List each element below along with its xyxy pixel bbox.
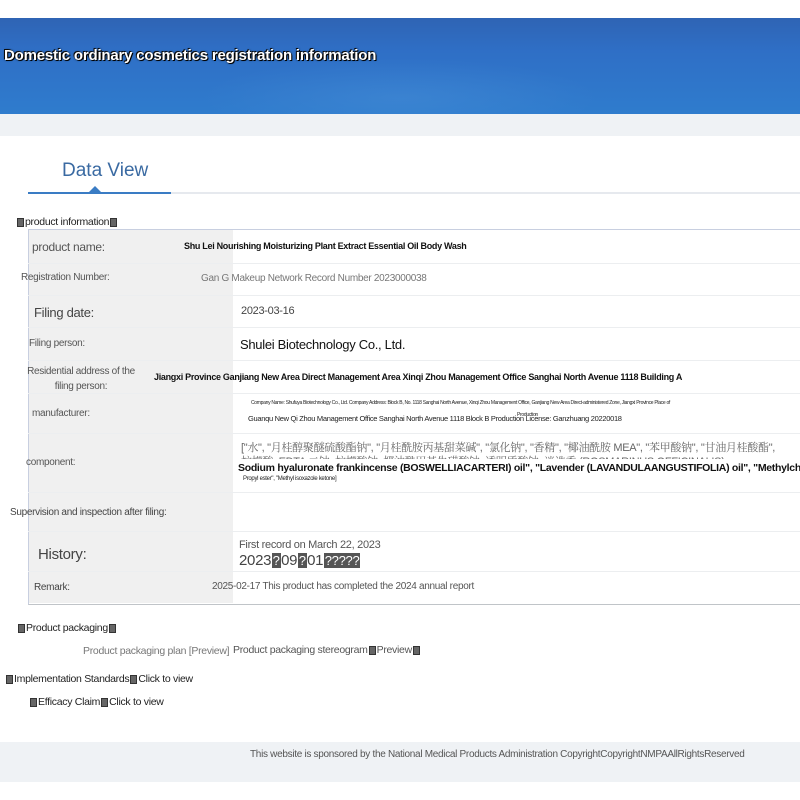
bracket-left-icon — [18, 624, 25, 633]
filing-person-value: Shulei Biotechnology Co., Ltd. — [240, 337, 405, 352]
footer: This website is sponsored by the Nationa… — [0, 742, 800, 782]
product-name-value: Shu Lei Nourishing Moisturizing Plant Ex… — [184, 241, 467, 251]
row-divider — [28, 393, 800, 394]
section-product-information: product information — [16, 216, 118, 228]
implementation-standards: Implementation StandardsClick to view — [5, 673, 193, 685]
row-divider — [28, 433, 800, 434]
section-product-packaging: Product packaging — [17, 622, 117, 634]
history-day: 01 — [307, 552, 323, 569]
row-divider — [28, 327, 800, 328]
history-month: 09 — [281, 552, 297, 569]
standards-click-to-view-link[interactable]: Click to view — [138, 673, 192, 685]
bracket-left-icon — [30, 698, 37, 707]
row-divider — [28, 360, 800, 361]
row-divider — [28, 295, 800, 296]
history-label: History: — [38, 546, 86, 563]
residential-address-label-line1: Residential address of the — [26, 364, 136, 379]
tab-active-indicator — [28, 192, 171, 194]
stereogram-label: Product packaging stereogram — [233, 644, 368, 656]
tab-data-view[interactable]: Data View — [62, 160, 148, 182]
supervision-label: Supervision and inspection after filing: — [10, 507, 166, 518]
remark-value: 2025-02-17 This product has completed th… — [212, 581, 474, 592]
manufacturer-overlap-word: Production — [517, 412, 538, 418]
bracket-right-icon — [413, 646, 420, 655]
row-divider — [28, 492, 800, 493]
registration-number-label: Registration Number: — [21, 272, 109, 283]
filing-person-label: Filing person: — [29, 338, 85, 349]
header-banner: Domestic ordinary cosmetics registration… — [0, 18, 800, 114]
packaging-stereogram: Product packaging stereogramPreview — [233, 644, 421, 656]
caret-up-icon — [89, 186, 101, 192]
unknown-glyph-text: ????? — [324, 553, 361, 568]
history-value-line1: First record on March 22, 2023 — [239, 539, 380, 551]
bracket-left-icon — [17, 218, 24, 227]
residential-address-label: Residential address of the filing person… — [26, 364, 136, 394]
bracket-right-icon — [109, 624, 116, 633]
bracket-right-icon — [101, 698, 108, 707]
header-divider-strip — [0, 114, 800, 136]
unknown-glyph-icon: ? — [272, 553, 281, 568]
remark-label: Remark: — [34, 582, 70, 593]
product-name-label: product name: — [32, 240, 105, 254]
component-value-cn-line2: 柠檬酸, EDTA 二钠, 柠檬酸钠, 椰油酰甲基牛磺酸钠, 透明质酸钠, 迷迭… — [241, 453, 725, 459]
component-value-en: Sodium hyaluronate frankincense (BOSWELL… — [238, 462, 800, 474]
unknown-glyph-icon: ? — [298, 553, 307, 568]
history-value-line2: 2023?09?01????? — [239, 552, 361, 570]
filing-date-value: 2023-03-16 — [241, 305, 294, 317]
registration-number-value: Gan G Makeup Network Record Number 20230… — [201, 273, 427, 284]
efficacy-click-to-view-link[interactable]: Click to view — [109, 696, 163, 708]
bracket-left-icon — [369, 646, 376, 655]
bracket-right-icon — [130, 675, 137, 684]
section-title: Product packaging — [26, 622, 108, 634]
bracket-left-icon — [6, 675, 13, 684]
history-year: 2023 — [239, 552, 271, 569]
manufacturer-label: manufacturer: — [32, 408, 90, 419]
residential-address-label-line2: filing person: — [26, 379, 136, 394]
component-label: component: — [26, 457, 75, 468]
packaging-plan-preview-link[interactable]: Product packaging plan [Preview] — [83, 645, 229, 657]
bracket-right-icon — [110, 218, 117, 227]
standards-label: Implementation Standards — [14, 673, 129, 685]
tab-bar: Data View — [0, 136, 800, 196]
residential-address-value: Jiangxi Province Ganjiang New Area Direc… — [154, 372, 682, 382]
page-title: Domestic ordinary cosmetics registration… — [4, 47, 376, 64]
component-value-tail: Propyl ester", "Methyl isoxazole ketone] — [243, 476, 336, 482]
row-divider — [28, 571, 800, 572]
row-divider — [28, 263, 800, 264]
row-divider — [28, 531, 800, 532]
footer-copyright: This website is sponsored by the Nationa… — [250, 749, 745, 760]
section-title: product information — [25, 216, 109, 228]
stereogram-preview-link[interactable]: Preview — [377, 644, 412, 656]
manufacturer-value-line1: Company Name: Shufuya Biotechnology Co.,… — [251, 400, 670, 406]
manufacturer-value-line2: Guanqu New Qi Zhou Management Office San… — [248, 414, 622, 423]
filing-date-label: Filing date: — [34, 305, 94, 320]
efficacy-claim: Efficacy ClaimClick to view — [29, 696, 164, 708]
efficacy-label: Efficacy Claim — [38, 696, 100, 708]
